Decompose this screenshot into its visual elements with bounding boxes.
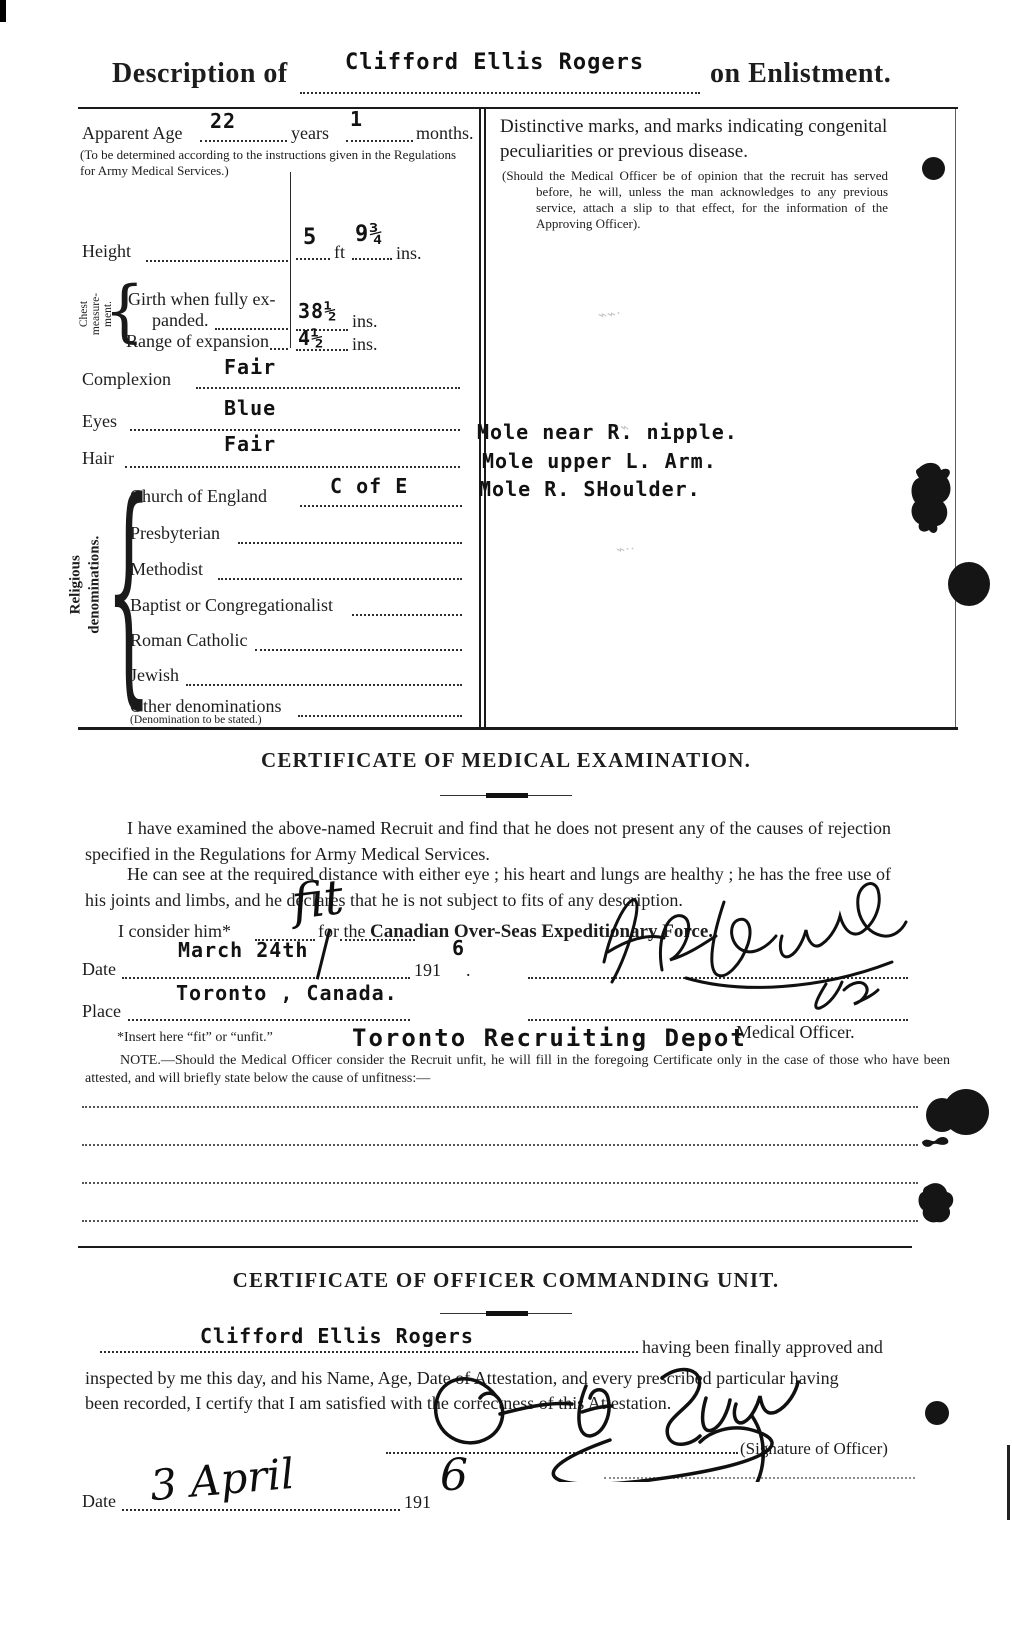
fit-handwritten: fit bbox=[289, 869, 347, 931]
complexion-label: Complexion bbox=[82, 368, 171, 391]
religion-baptist-line bbox=[352, 612, 462, 616]
medical-year-period: . bbox=[466, 959, 471, 982]
officer-certificate-title: CERTIFICATE OF OFFICER COMMANDING UNIT. bbox=[156, 1268, 856, 1293]
value-column-rule bbox=[290, 172, 291, 348]
months-unit-label: months. bbox=[416, 122, 474, 145]
religion-roman-catholic-line bbox=[255, 647, 462, 651]
girth-value: 38½ bbox=[298, 299, 337, 323]
scan-edge-artifact bbox=[1007, 1445, 1010, 1520]
religion-roman-catholic-label: Roman Catholic bbox=[130, 629, 247, 652]
medical-note: NOTE.—Should the Medical Officer conside… bbox=[85, 1052, 950, 1088]
apparent-age-years-line bbox=[200, 138, 287, 142]
blank-line bbox=[82, 1142, 918, 1146]
box-bottom-border bbox=[78, 727, 958, 730]
pencil-smudge: ⌁·· bbox=[615, 539, 635, 559]
officer-date-label: Date bbox=[82, 1490, 116, 1513]
ink-blot bbox=[922, 157, 945, 180]
medical-place-label: Place bbox=[82, 1000, 121, 1023]
ink-blot bbox=[915, 1180, 957, 1226]
ink-blot bbox=[905, 458, 957, 538]
medical-date-value: March 24th bbox=[178, 938, 308, 962]
range-value-line bbox=[296, 347, 348, 351]
religion-jewish-label: Jewish bbox=[130, 664, 179, 687]
range-dots bbox=[270, 346, 288, 350]
girth-label-line2: panded. bbox=[152, 309, 208, 332]
height-ins-line bbox=[352, 256, 392, 260]
religion-church-of-england-line bbox=[300, 503, 462, 507]
religion-methodist-line bbox=[218, 576, 462, 580]
box-right-border bbox=[955, 109, 956, 727]
form-title-suffix: on Enlistment. bbox=[710, 58, 891, 90]
religion-church-of-england-label: Church of England bbox=[130, 485, 267, 508]
officer-date-value: 3 April bbox=[148, 1449, 296, 1510]
range-label: Range of expansion bbox=[126, 330, 269, 353]
height-ft-line bbox=[296, 256, 330, 260]
medical-place-value: Toronto , Canada. bbox=[176, 981, 398, 1005]
height-ins-unit: ins. bbox=[396, 242, 422, 265]
blank-line bbox=[82, 1104, 918, 1108]
medical-year-printed: 191 bbox=[414, 959, 441, 982]
complexion-line bbox=[196, 385, 460, 389]
distinctive-mark-entry-1: Mole near R. nipple. bbox=[477, 420, 738, 444]
form-title-prefix: Description of bbox=[112, 58, 288, 90]
religion-side-label: Religious denominations. bbox=[66, 510, 104, 660]
medical-place-line bbox=[128, 1017, 410, 1021]
blank-line bbox=[82, 1218, 918, 1222]
recruiting-depot-stamp: Toronto Recruiting Depot bbox=[352, 1024, 747, 1052]
medical-year-value: 6 bbox=[452, 936, 465, 960]
section-divider-center bbox=[486, 1311, 528, 1316]
religion-baptist-label: Baptist or Congregationalist bbox=[130, 594, 333, 617]
section-divider-center bbox=[486, 793, 528, 798]
religion-jewish-line bbox=[186, 682, 462, 686]
recruit-name-typed: Clifford Ellis Rogers bbox=[345, 50, 644, 75]
medical-date-line bbox=[122, 975, 410, 979]
title-name-line bbox=[300, 90, 700, 94]
ink-blot bbox=[920, 1134, 952, 1150]
height-ft-value: 5 bbox=[303, 225, 317, 250]
height-label: Height bbox=[82, 240, 131, 263]
blank-line bbox=[82, 1180, 918, 1184]
range-unit: ins. bbox=[352, 333, 378, 356]
medical-officer-signature bbox=[590, 850, 910, 1010]
apparent-age-months-line bbox=[346, 138, 413, 142]
eyes-label: Eyes bbox=[82, 410, 117, 433]
religion-presbyterian-label: Presbyterian bbox=[130, 522, 220, 545]
distinctive-marks-note: (Should the Medical Officer be of opinio… bbox=[502, 168, 888, 231]
ink-blot bbox=[948, 562, 990, 606]
religion-other-note: (Denomination to be stated.) bbox=[130, 714, 262, 726]
scan-edge-artifact bbox=[0, 0, 6, 22]
girth-label-line1: Girth when fully ex- bbox=[128, 288, 275, 311]
complexion-value: Fair bbox=[224, 355, 276, 379]
distinctive-mark-entry-3: Mole R. SHoulder. bbox=[479, 477, 701, 501]
officer-year-printed: 191 bbox=[404, 1491, 431, 1514]
girth-unit: ins. bbox=[352, 310, 378, 333]
fit-footnote: *Insert here “fit” or “unfit.” bbox=[117, 1030, 273, 1046]
distinctive-marks-heading: Distinctive marks, and marks indicating … bbox=[500, 115, 892, 164]
height-ft-unit: ft bbox=[334, 241, 345, 264]
attestation-form-page: Description of Clifford Ellis Rogers on … bbox=[0, 0, 1012, 1632]
apparent-age-months-value: 1 bbox=[350, 107, 363, 131]
hair-value: Fair bbox=[224, 432, 276, 456]
medical-date-label: Date bbox=[82, 958, 116, 981]
medical-certificate-title: CERTIFICATE OF MEDICAL EXAMINATION. bbox=[156, 748, 856, 773]
medical-officer-label: Medical Officer. bbox=[736, 1021, 855, 1044]
eyes-value: Blue bbox=[224, 396, 276, 420]
religion-other-line bbox=[298, 713, 462, 717]
height-line bbox=[146, 258, 288, 262]
pencil-smudge: ··⌁ bbox=[610, 418, 630, 438]
ink-blot bbox=[925, 1401, 949, 1425]
religion-presbyterian-line bbox=[238, 540, 462, 544]
apparent-age-years-value: 22 bbox=[210, 109, 236, 133]
officer-recruit-name: Clifford Ellis Rogers bbox=[200, 1324, 474, 1348]
distinctive-mark-entry-2: Mole upper L. Arm. bbox=[482, 449, 717, 473]
pencil-smudge: ⌁⌁· bbox=[597, 304, 622, 325]
eyes-line bbox=[130, 427, 460, 431]
religion-church-of-england-value: C of E bbox=[330, 474, 408, 498]
section-rule bbox=[78, 1246, 912, 1248]
hair-line bbox=[125, 464, 460, 468]
height-ins-value: 9¾ bbox=[355, 222, 384, 247]
ink-blot bbox=[926, 1088, 990, 1138]
apparent-age-label: Apparent Age bbox=[82, 122, 182, 145]
years-unit-label: years bbox=[291, 122, 329, 145]
religion-methodist-label: Methodist bbox=[130, 558, 203, 581]
box-column-divider bbox=[479, 109, 486, 727]
apparent-age-note: (To be determined according to the instr… bbox=[80, 147, 472, 179]
officer-year-value: 6 bbox=[440, 1450, 468, 1501]
